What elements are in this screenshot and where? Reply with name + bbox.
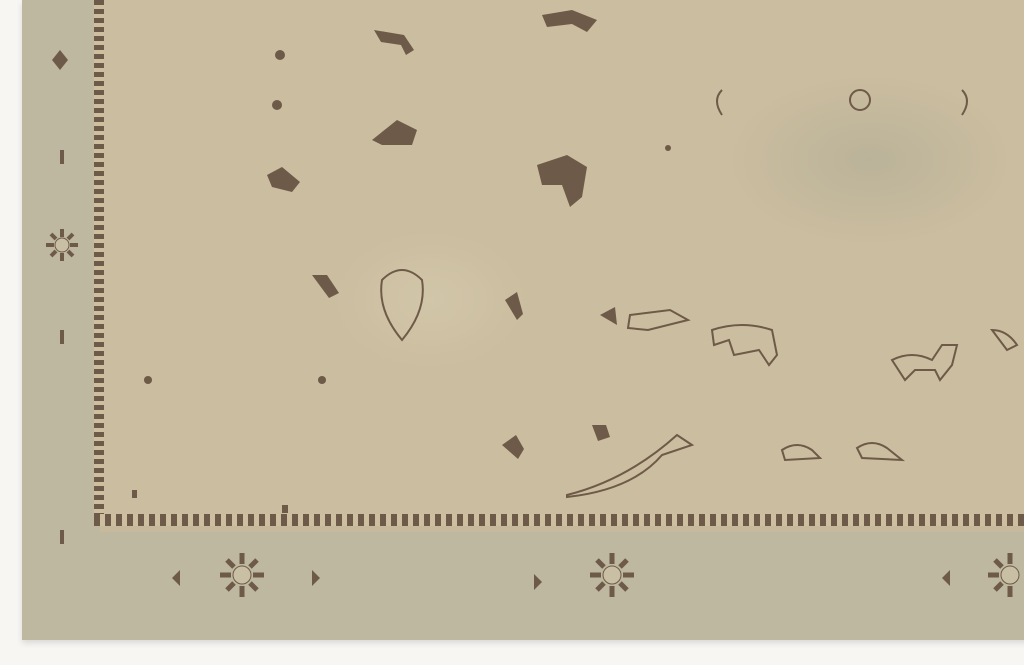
star-motif-icon — [220, 553, 264, 597]
star-motif-icon — [590, 553, 634, 597]
star-motif-icon — [46, 229, 78, 261]
rug — [22, 0, 1024, 640]
star-motif-icon — [988, 553, 1019, 597]
rug-motifs — [22, 0, 1024, 640]
